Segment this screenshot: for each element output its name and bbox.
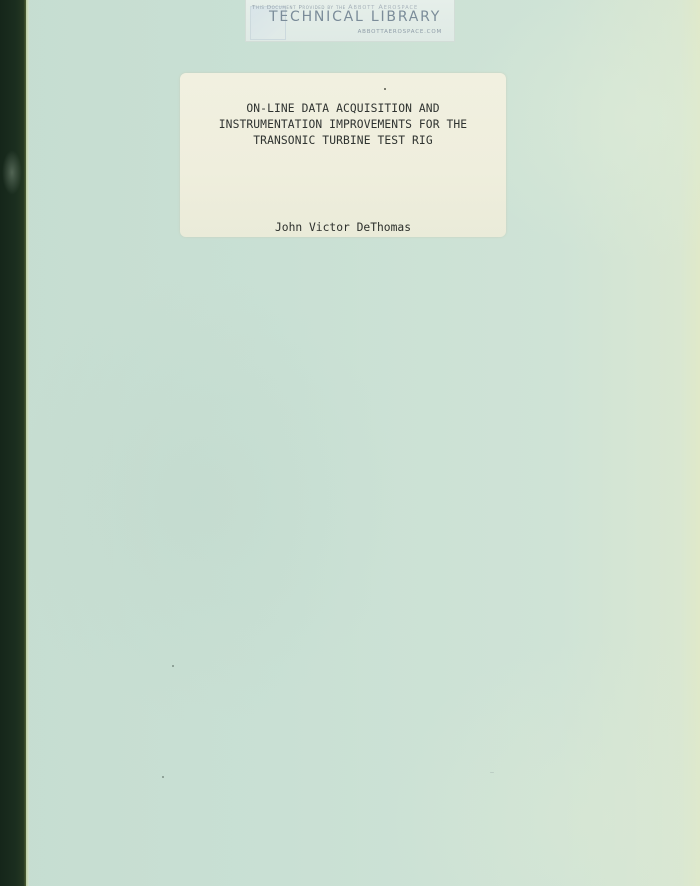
banner-url[interactable]: ABBOTTAEROSPACE.COM: [358, 29, 442, 35]
author-name: John Victor DeThomas: [180, 221, 506, 234]
document-title: ON-LINE DATA ACQUISITION AND INSTRUMENTA…: [180, 101, 506, 149]
document-cover: This Document Provided by the Abbott Aer…: [0, 0, 700, 886]
abbott-technical-library-banner[interactable]: This Document Provided by the Abbott Aer…: [245, 0, 455, 42]
cover-label: ON-LINE DATA ACQUISITION AND INSTRUMENTA…: [180, 73, 506, 237]
title-line-3: TRANSONIC TURBINE TEST RIG: [180, 133, 506, 149]
spine-wear-mark: [2, 150, 22, 195]
paper-speck: [490, 772, 494, 773]
title-line-1: ON-LINE DATA ACQUISITION AND: [180, 101, 506, 117]
banner-library-title: TECHNICAL LIBRARY: [269, 9, 441, 25]
paper-speck: [162, 776, 164, 778]
book-spine: [0, 0, 26, 886]
paper-speck: [172, 665, 174, 667]
spine-edge: [26, 0, 29, 886]
ink-speck: [384, 88, 386, 90]
title-line-2: INSTRUMENTATION IMPROVEMENTS FOR THE: [180, 117, 506, 133]
